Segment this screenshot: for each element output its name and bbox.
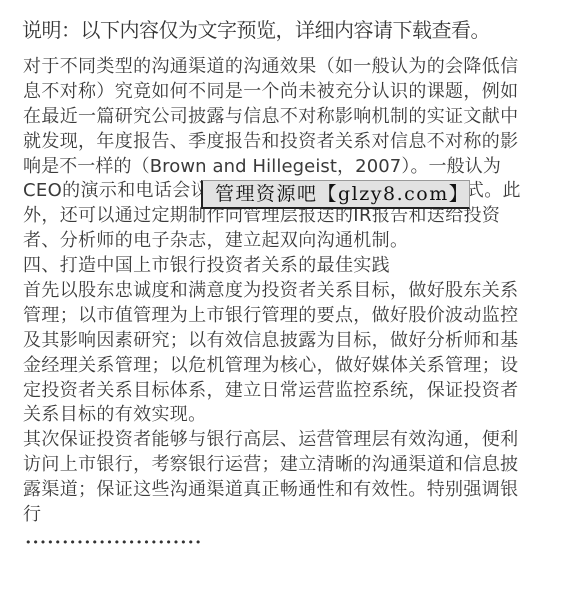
preview-notice-heading: 说明：以下内容仅为文字预览，详细内容请下载查看。 xyxy=(22,17,490,43)
body-line: 首先以股东忠诚度和满意度为投资者关系目标，做好股东关系 xyxy=(23,279,568,304)
body-line: 响是不一样的（Brown and Hillegeist，2007）。一般认为 xyxy=(23,155,568,180)
body-line: 就发现，年度报告、季度报告和投资者关系对信息不对称的影 xyxy=(23,130,568,155)
body-line: 访问上市银行，考察银行运营；建立清晰的沟通渠道和信息披 xyxy=(23,453,568,478)
document-body-text: 对于不同类型的沟通渠道的沟通效果（如一般认为的会降低信 息不对称）究竟如何不同是… xyxy=(23,55,568,528)
body-line: 对于不同类型的沟通渠道的沟通效果（如一般认为的会降低信 xyxy=(23,55,568,80)
body-line: 在最近一篇研究公司披露与信息不对称影响机制的实证文献中 xyxy=(23,105,568,130)
body-line: 定投资者关系目标体系，建立日常运营监控系统，保证投资者 xyxy=(23,379,568,404)
body-line: 关系目标的有效实现。 xyxy=(23,403,568,428)
body-line: 管理；以市值管理为上市银行管理的要点，做好股价波动监控 xyxy=(23,304,568,329)
body-line: 息不对称）究竟如何不同是一个尚未被充分认识的课题，例如 xyxy=(23,80,568,105)
body-line: 及其影响因素研究；以有效信息披露为目标，做好分析师和基 xyxy=(23,329,568,354)
truncation-ellipsis: •••••••••••••••••••••••• xyxy=(25,536,202,550)
section-heading-line: 四、打造中国上市银行投资者关系的最佳实践 xyxy=(23,254,568,279)
body-line: 者、分析师的电子杂志，建立起双向沟通机制。 xyxy=(23,229,568,254)
body-line: 行 xyxy=(23,503,568,528)
body-line: 其次保证投资者能够与银行高层、运营管理层有效沟通，便利 xyxy=(23,428,568,453)
body-line: 露渠道；保证这些沟通渠道真正畅通性和有效性。特别强调银 xyxy=(23,478,568,503)
watermark-banner: 管理资源吧【glzy8.com】 xyxy=(201,180,470,209)
body-line: 金经理关系管理；以危机管理为核心，做好媒体关系管理；设 xyxy=(23,354,568,379)
